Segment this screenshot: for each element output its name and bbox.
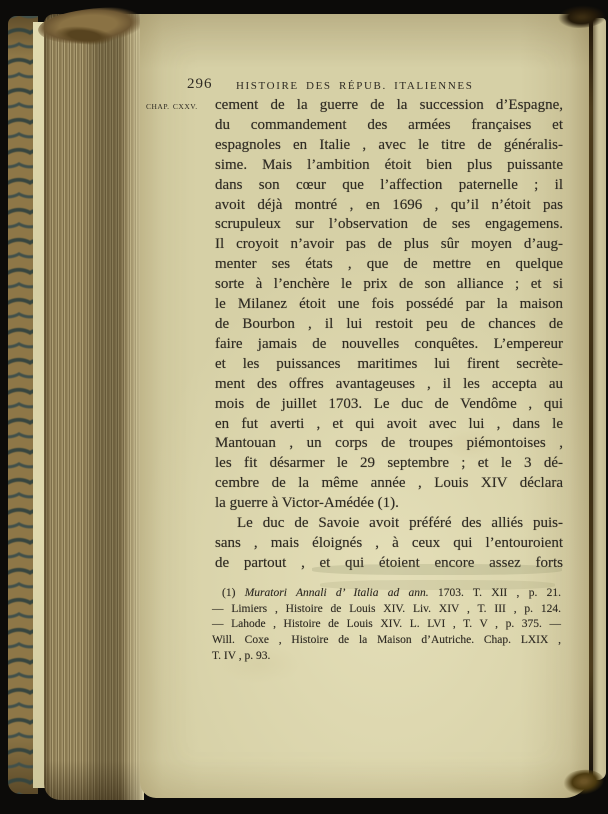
body-text: cement de la guerre de la succession d’E… <box>215 96 563 574</box>
footnote-line: Will. Coxe , Histoire de la Maison d’Aut… <box>212 633 561 649</box>
text-line: scrupuleux sur l’observation de ses enga… <box>215 215 563 235</box>
text-line: avoit déjà montré , en 1696 , qu’il n’ét… <box>215 196 563 216</box>
show-through-ghost-text <box>312 564 562 575</box>
text-line: dans son cœur que l’affection paternelle… <box>215 176 563 196</box>
text-line: Mantouan , un corps de troupes piémontoi… <box>215 434 563 454</box>
text-line-paragraph-end: la guerre à Victor-Amédée (1). <box>215 494 563 514</box>
footnote-marker: (1) <box>222 587 245 599</box>
text-line: les fit désarmer le 29 septembre ; et le… <box>215 454 563 474</box>
fanned-page-edges <box>44 14 144 800</box>
footnote-line1-rest: 1703. T. XII , p. 21. <box>429 587 561 599</box>
footnote-line: — Limiers , Histoire de Louis XIV. Liv. … <box>212 602 561 618</box>
text-line: mois de juillet 1703. Le duc de Vendôme … <box>215 395 563 415</box>
text-line: et les puissances maritimes lui firent s… <box>215 355 563 375</box>
footnote-citation-italic: Muratori Annali d’ Italia ad ann. <box>245 587 429 599</box>
footnote-line: — Lahode , Histoire de Louis XIV. L. LVI… <box>212 617 561 633</box>
text-line: cement de la guerre de la succession d’E… <box>215 96 563 116</box>
book-page: 296 HISTOIRE DES RÉPUB. ITALIENNES CHAP.… <box>140 14 592 798</box>
text-line: espagnoles en Italie , avec le titre de … <box>215 136 563 156</box>
text-line: sime. Mais l’ambition étoit bien plus pu… <box>215 156 563 176</box>
text-line: faire jamais de nouvelles conquêtes. L’e… <box>215 335 563 355</box>
page-number: 296 <box>187 76 213 93</box>
text-line: sans , mais éloignés , à ceux qui l’ento… <box>215 534 563 554</box>
text-line: de Bourbon , il lui restoit peu de chanc… <box>215 315 563 335</box>
running-title: HISTOIRE DES RÉPUB. ITALIENNES <box>236 80 473 92</box>
text-line: en fut averti , et qui avoit avec lui , … <box>215 415 563 435</box>
text-line: menter ses états , que de mettre en quel… <box>215 255 563 275</box>
text-line: Il croyoit n’avoir pas de plus sûr moyen… <box>215 235 563 255</box>
text-line-paragraph-start: Le duc de Savoie avoit préféré des allié… <box>215 514 563 534</box>
text-line: sorte à l’enchère le prix de son allianc… <box>215 275 563 295</box>
text-line: cembre de la même année , Louis XIV décl… <box>215 474 563 494</box>
chapter-margin-note: CHAP. CXXV. <box>146 102 212 111</box>
footnote-line: (1) Muratori Annali d’ Italia ad ann. 17… <box>212 586 561 602</box>
text-line: le Milanez étoit une fois possédé par la… <box>215 295 563 315</box>
facing-page-sliver <box>593 18 606 780</box>
text-line: du commandement des armées françaises et <box>215 116 563 136</box>
footnote-line: T. IV , p. 93. <box>212 649 561 665</box>
footnote: (1) Muratori Annali d’ Italia ad ann. 17… <box>212 586 561 665</box>
text-line: ment des offres avantageuses , il les ac… <box>215 375 563 395</box>
book-scan-scene: 296 HISTOIRE DES RÉPUB. ITALIENNES CHAP.… <box>0 0 608 814</box>
